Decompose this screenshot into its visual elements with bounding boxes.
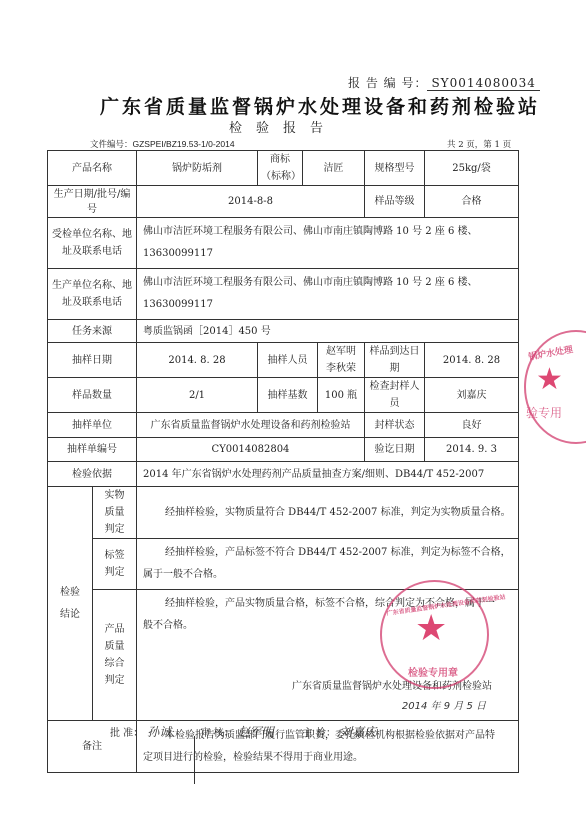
official-seal: 广东省质量监督锅炉水处理设备和药剂检验站 ★ 检验专用章: [380, 580, 489, 689]
sampling-date: 2014. 8. 28: [137, 343, 258, 378]
spec-label: 规格型号: [365, 151, 425, 186]
row-task-source: 任务来源 粤质监锅函［2014］450 号: [48, 320, 519, 343]
seal-checker: 刘嘉庆: [425, 378, 519, 413]
arrival-date: 2014. 8. 28: [425, 343, 519, 378]
product-name: 锅炉防垢剂: [137, 151, 258, 186]
signature-stroke: [194, 736, 195, 784]
review-signature: 赵军明: [238, 725, 274, 739]
seal-star-icon: ★: [415, 608, 447, 649]
row-physical-quality: 检验结论 实物质量判定 经抽样检验，实物质量符合 DB44/T 452-2007…: [48, 487, 519, 539]
edge-seal-bottom-text: 验专用: [526, 404, 562, 421]
sampling-unit: 广东省质量监督锅炉水处理设备和药剂检验站: [137, 413, 365, 438]
edge-seal-star-icon: ★: [536, 362, 563, 397]
sampling-no: CY0014082804: [137, 438, 365, 462]
sample-qty: 2/1: [137, 378, 258, 413]
edge-seal-top-text: 锅炉水处理: [527, 342, 574, 363]
grade-label: 样品等级: [365, 186, 425, 218]
document-title: 检验报告: [229, 117, 337, 136]
seal-bottom-text: 检验专用章: [408, 664, 458, 679]
task-source-label: 任务来源: [48, 320, 137, 343]
basis: 2014 年广东省锅炉水处理药剂产品质量抽查方案/细则、DB44/T 452-2…: [137, 462, 519, 487]
sampling-base: 100 瓶: [318, 378, 365, 413]
report-number-label: 报 告 编 号：: [348, 76, 427, 90]
row-sampling-date: 抽样日期 2014. 8. 28 抽样人员 赵军明 李秋荣 样品到达日期 201…: [48, 343, 519, 378]
physical-quality-label: 实物质量判定: [93, 487, 137, 539]
sampler-label: 抽样人员: [258, 343, 318, 378]
inspected-unit-label: 受检单位名称、地址及联系电话: [48, 218, 137, 269]
organization-title: 广东省质量监督锅炉水处理设备和药剂检验站: [100, 92, 540, 119]
label-judgement-line1: 经抽样检验，产品标签不符合 DB44/T 452-2007 标准，判定为标签不合…: [143, 542, 512, 564]
row-producer: 生产单位名称、地址及联系电话 佛山市洁匠环境工程服务有限公司、佛山市南庄镇陶博路…: [48, 269, 519, 320]
sampler-1: 赵军明: [321, 343, 361, 360]
complete-date: 2014. 9. 3: [425, 438, 519, 462]
product-name-label: 产品名称: [48, 151, 137, 186]
overall-judgement-label: 产品质量综合判定: [93, 590, 137, 721]
remarks-line2: 定项目进行的检验，检验结果不得用于商业用途。: [143, 747, 512, 769]
sampling-unit-label: 抽样单位: [48, 413, 137, 438]
conclusion-label-text: 检验结论: [60, 587, 80, 620]
report-number-value: SY0014080034: [427, 76, 540, 91]
arrival-date-label: 样品到达日期: [365, 343, 425, 378]
inspected-unit-line1: 佛山市洁匠环境工程服务有限公司、佛山市南庄镇陶博路 10 号 2 座 6 楼、: [143, 221, 512, 243]
conclusion-label: 检验结论: [48, 487, 93, 721]
row-product: 产品名称 锅炉防垢剂 商标（标称） 洁匠 规格型号 25kg/袋: [48, 151, 519, 186]
row-production-date: 生产日期/批号/编号 2014-8-8 样品等级 合格: [48, 186, 519, 218]
producer-line2: 13630099117: [143, 294, 512, 316]
row-sampling-unit: 抽样单位 广东省质量监督锅炉水处理设备和药剂检验站 封样状态 良好: [48, 413, 519, 438]
chief-inspector-label: 主 检：: [303, 728, 336, 739]
sampling-no-label: 抽样单编号: [48, 438, 137, 462]
inspected-unit: 佛山市洁匠环境工程服务有限公司、佛山市南庄镇陶博路 10 号 2 座 6 楼、 …: [137, 218, 519, 269]
inspected-unit-line2: 13630099117: [143, 243, 512, 265]
row-inspected-unit: 受检单位名称、地址及联系电话 佛山市洁匠环境工程服务有限公司、佛山市南庄镇陶博路…: [48, 218, 519, 269]
production-date: 2014-8-8: [137, 186, 365, 218]
seal-status: 良好: [425, 413, 519, 438]
task-source: 粤质监锅函［2014］450 号: [137, 320, 519, 343]
approve-signature: 孙诚: [147, 725, 171, 739]
row-basis: 检验依据 2014 年广东省锅炉水处理药剂产品质量抽查方案/细则、DB44/T …: [48, 462, 519, 487]
edge-seal: 锅炉水处理 ★ 验专用: [524, 330, 586, 444]
label-judgement-line2: 属于一般不合格。: [143, 564, 512, 586]
chief-inspector-signature: 刘嘉庆: [340, 725, 376, 739]
physical-quality-line: 经抽样检验，实物质量符合 DB44/T 452-2007 标准，判定为实物质量合…: [143, 502, 512, 524]
sampler: 赵军明 李秋荣: [318, 343, 365, 378]
producer-label: 生产单位名称、地址及联系电话: [48, 269, 137, 320]
sample-qty-label: 样品数量: [48, 378, 137, 413]
producer-line1: 佛山市洁匠环境工程服务有限公司、佛山市南庄镇陶博路 10 号 2 座 6 楼、: [143, 272, 512, 294]
issue-date: 2014 年 9 月 5 日: [143, 697, 492, 717]
physical-quality-text: 经抽样检验，实物质量符合 DB44/T 452-2007 标准，判定为实物质量合…: [137, 487, 519, 539]
row-sample-qty: 样品数量 2/1 抽样基数 100 瓶 检查封样人员 刘嘉庆: [48, 378, 519, 413]
label-judgement-text: 经抽样检验，产品标签不符合 DB44/T 452-2007 标准，判定为标签不合…: [137, 539, 519, 590]
sampler-2: 李秋荣: [321, 360, 361, 377]
complete-date-label: 验讫日期: [365, 438, 425, 462]
row-sampling-no: 抽样单编号 CY0014082804 验讫日期 2014. 9. 3: [48, 438, 519, 462]
approve-label: 批 准：: [110, 728, 143, 739]
sampling-base-label: 抽样基数: [258, 378, 318, 413]
seal-status-label: 封样状态: [365, 413, 425, 438]
production-date-label: 生产日期/批号/编号: [48, 186, 137, 218]
spec: 25kg/袋: [425, 151, 519, 186]
file-number: 文件编号：GZSPEI/BZ19.53-1/0-2014: [90, 138, 235, 150]
page-count: 共 2 页，第 1 页: [447, 138, 511, 150]
seal-checker-label: 检查封样人员: [365, 378, 425, 413]
sampling-date-label: 抽样日期: [48, 343, 137, 378]
label-judgement-label: 标签判定: [93, 539, 137, 590]
brand: 洁匠: [303, 151, 365, 186]
report-number: 报 告 编 号：SY0014080034: [348, 74, 540, 91]
signature-row: 批 准：孙诚 审 核：赵军明 主 检：刘嘉庆: [110, 723, 402, 740]
producer: 佛山市洁匠环境工程服务有限公司、佛山市南庄镇陶博路 10 号 2 座 6 楼、 …: [137, 269, 519, 320]
brand-label: 商标（标称）: [258, 151, 303, 186]
review-label: 审 核：: [200, 728, 233, 739]
basis-label: 检验依据: [48, 462, 137, 487]
grade: 合格: [425, 186, 519, 218]
